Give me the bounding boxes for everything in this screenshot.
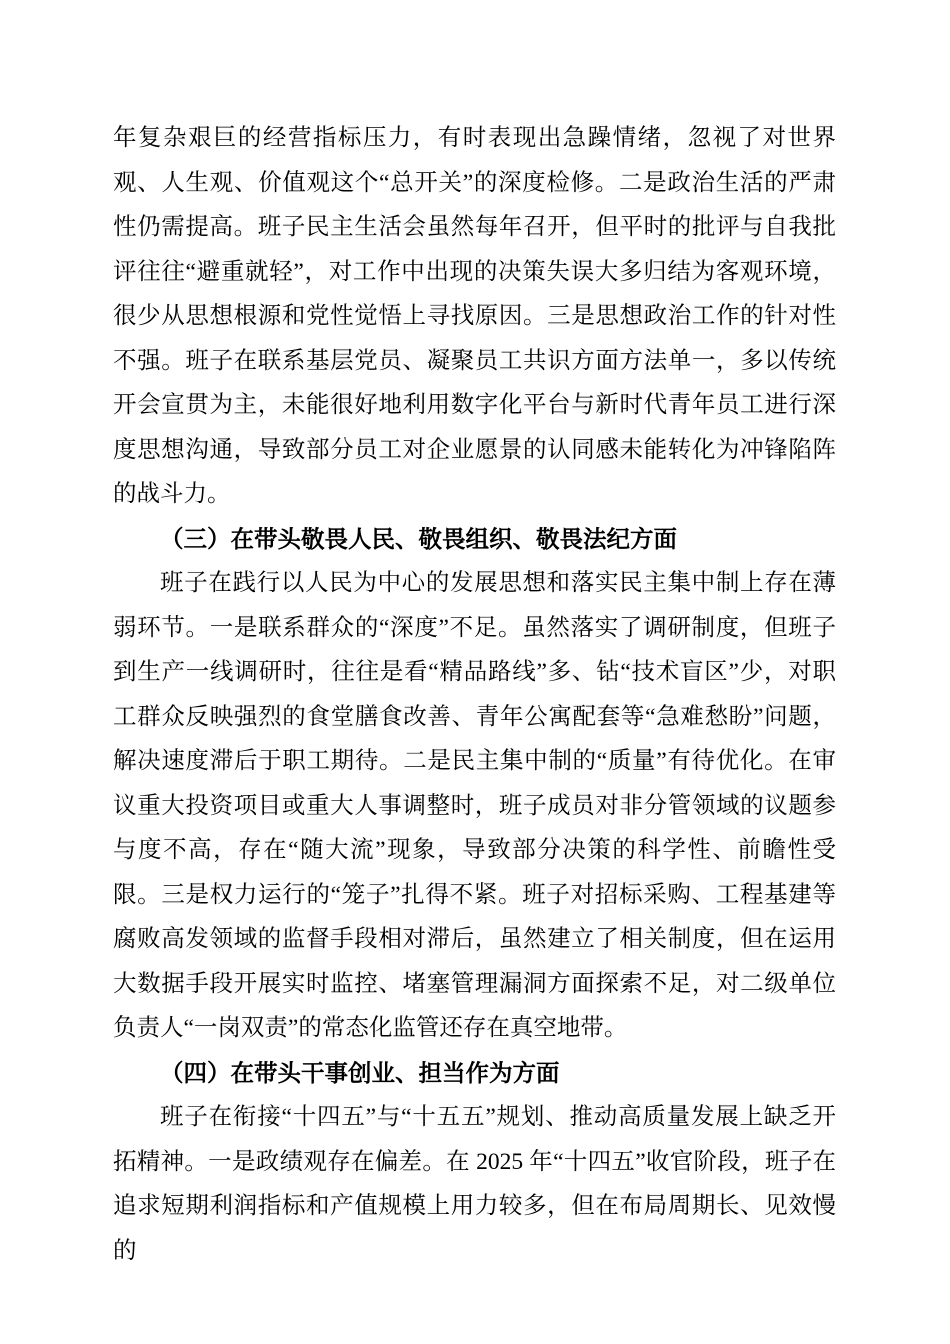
paragraph-continued-from-previous-page: 年复杂艰巨的经营指标压力，有时表现出急躁情绪，忽视了对世界观、人生观、价值观这个… <box>113 116 836 517</box>
section-heading-3: （三）在带头敬畏人民、敬畏组织、敬畏法纪方面 <box>113 517 836 562</box>
section-heading-4: （四）在带头干事创业、担当作为方面 <box>113 1051 836 1096</box>
paragraph-section-3: 班子在践行以人民为中心的发展思想和落实民主集中制上存在薄弱环节。一是联系群众的“… <box>113 561 836 1051</box>
document-content: 年复杂艰巨的经营指标压力，有时表现出急躁情绪，忽视了对世界观、人生观、价值观这个… <box>113 116 836 1273</box>
document-page: 年复杂艰巨的经营指标压力，有时表现出急躁情绪，忽视了对世界观、人生观、价值观这个… <box>0 0 950 1344</box>
paragraph-section-4: 班子在衔接“十四五”与“十五五”规划、推动高质量发展上缺乏开拓精神。一是政绩观存… <box>113 1095 836 1273</box>
